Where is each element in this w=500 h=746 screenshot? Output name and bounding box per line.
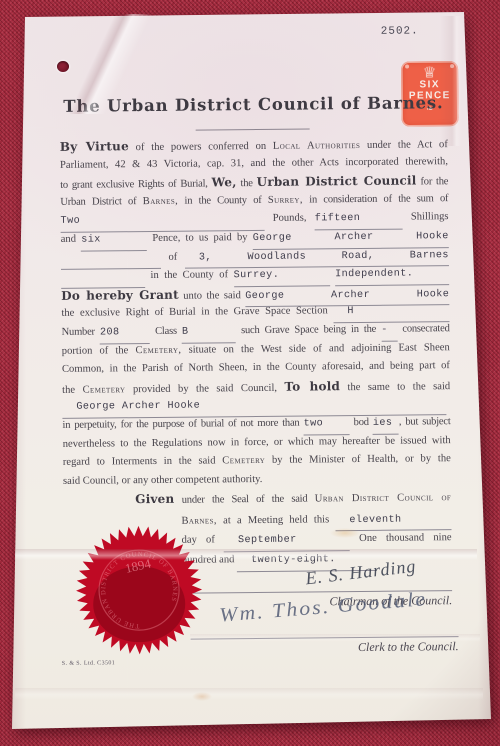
- printed-text: , but subject: [399, 416, 451, 427]
- printed-text: in the County of: [184, 195, 261, 207]
- document-line: regard to Interments in the said Cemeter…: [63, 450, 451, 472]
- printed-text: Parliament, 42 & 43 Victoria, cap. 31, a…: [60, 156, 448, 171]
- printed-text: consecrated: [402, 323, 449, 334]
- document-body: By Virtue of the powers conferred on Loc…: [60, 134, 452, 571]
- printed-text: bod: [354, 417, 369, 428]
- smallcaps-text: Cemetery: [82, 384, 125, 395]
- form-blank-filled: 208: [100, 323, 150, 344]
- form-blank-filled: B: [182, 322, 236, 343]
- typed-entry: fifteen: [315, 213, 361, 224]
- printed-text: of: [168, 251, 177, 262]
- title-rule: [196, 128, 310, 130]
- document-line: Barnes, at a Meeting held this eleventh: [181, 509, 451, 531]
- document-line: day of September One thousand nine: [182, 529, 452, 551]
- blackletter-text: Do hereby Grant: [61, 287, 179, 302]
- smallcaps-text: Surrey,: [268, 194, 303, 205]
- typed-entry: two: [304, 418, 324, 429]
- typed-entry: B: [182, 327, 189, 338]
- serial-number: 2502.: [381, 25, 447, 38]
- typed-entry: [61, 253, 68, 264]
- printed-text: under the Act of: [367, 139, 448, 151]
- smallcaps-text: Cemetery,: [135, 344, 181, 355]
- printed-text: of the powers conferred on: [136, 141, 267, 153]
- printed-text: Pence, to us paid by: [152, 232, 247, 244]
- printed-text: Number: [62, 326, 95, 337]
- printed-text: at a Meeting held this: [223, 514, 329, 526]
- stamp-corner-dot: [405, 65, 409, 69]
- typed-entry: 3, Woodlands Road, Barnes: [199, 250, 449, 263]
- document-title: The Urban District Council of Barnes.: [59, 93, 447, 116]
- printed-text: by the Minister of Health, or by the: [272, 453, 451, 466]
- smallcaps-text: Local Authorities: [273, 140, 360, 152]
- typed-entry: eleventh: [349, 514, 401, 525]
- blackletter-text: Given: [135, 492, 174, 506]
- typed-entry: [61, 272, 68, 283]
- printed-text: under the Seal of the said: [182, 494, 308, 506]
- printed-text: portion of the: [62, 345, 129, 357]
- typed-entry: George Archer Hooke: [76, 401, 200, 413]
- printed-text: regard to Interments in the said: [63, 455, 216, 467]
- typed-entry: George Archer Hooke: [245, 289, 449, 302]
- typed-entry: September: [238, 535, 297, 547]
- printer-imprint: S. & S. Ltd. C3501: [62, 660, 115, 667]
- printed-text: to grant exclusive Rights of Burial,: [60, 179, 208, 191]
- printed-text: the: [62, 384, 75, 395]
- typed-entry: George Archer Hooke: [253, 231, 449, 244]
- typed-entry: Two: [60, 216, 80, 227]
- typed-entry: H: [347, 306, 354, 317]
- printed-text: the same to the said: [347, 381, 450, 393]
- printed-text: the: [240, 178, 252, 189]
- printed-text: Urban District of: [60, 196, 136, 208]
- printed-text: Pounds,: [273, 213, 307, 224]
- typed-entry: ies: [373, 418, 393, 429]
- smallcaps-text: Urban District Council of: [315, 492, 452, 504]
- blackletter-text: Urban District Council: [257, 174, 417, 190]
- photo-of-document: 2502. ♕ SIX PENCE ❧ The Urban District C…: [0, 0, 500, 746]
- typed-entry: Independent.: [335, 269, 413, 281]
- smallcaps-text: Cemetery: [222, 455, 265, 466]
- document-content: 2502. ♕ SIX PENCE ❧ The Urban District C…: [58, 0, 453, 746]
- printed-text: unto the said: [183, 290, 241, 302]
- typed-entry: Surrey.: [234, 270, 280, 281]
- typed-entry: twenty-eight.: [251, 554, 336, 566]
- printed-text: for the: [420, 176, 448, 187]
- printed-text: such Grave Space being in the: [241, 324, 376, 336]
- clerk-caption: Clerk to the Council.: [191, 639, 459, 657]
- paper-sheet: 2502. ♕ SIX PENCE ❧ The Urban District C…: [0, 0, 500, 746]
- form-blank-filled: ies: [373, 414, 399, 435]
- printed-text: and: [61, 234, 76, 245]
- typed-entry: six: [81, 234, 101, 245]
- printed-text: in consideration of the sum of: [309, 193, 448, 205]
- printed-text: provided by the said Council,: [133, 383, 277, 395]
- document-line: Given under the Seal of the said Urban D…: [135, 487, 451, 510]
- printed-text: One thousand nine: [359, 533, 452, 545]
- printed-text: Class: [155, 326, 177, 337]
- blackletter-text: By Virtue: [60, 139, 129, 154]
- blackletter-text: We,: [212, 175, 237, 189]
- stamp-corner-dot: [450, 64, 454, 68]
- council-wax-seal: THE URBAN DISTRICT COUNCIL OF BARNES1894: [74, 522, 203, 661]
- printed-text: in the County of: [150, 269, 228, 281]
- form-blank-filled: -: [381, 321, 397, 342]
- form-blank-filled: two: [303, 414, 349, 435]
- printed-text: in perpetuity, for the purpose of burial…: [62, 417, 299, 430]
- typed-entry: -: [381, 325, 388, 336]
- printed-text: nevertheless to the Regulations now in f…: [63, 435, 451, 450]
- printed-text: the exclusive Right of Burial in the Gra…: [61, 306, 327, 320]
- paper-background: 2502. ♕ SIX PENCE ❧ The Urban District C…: [0, 0, 500, 746]
- printed-text: situate on the West side of and adjoinin…: [189, 342, 450, 356]
- printed-text: Shillings: [411, 212, 449, 223]
- printed-text: said Council, or any other competent aut…: [63, 474, 262, 487]
- smallcaps-text: Barnes,: [143, 196, 179, 207]
- typed-entry: 208: [100, 327, 120, 338]
- blackletter-text: To hold: [284, 379, 340, 394]
- printed-text: Common, in the Parish of North Sheen, in…: [62, 360, 450, 375]
